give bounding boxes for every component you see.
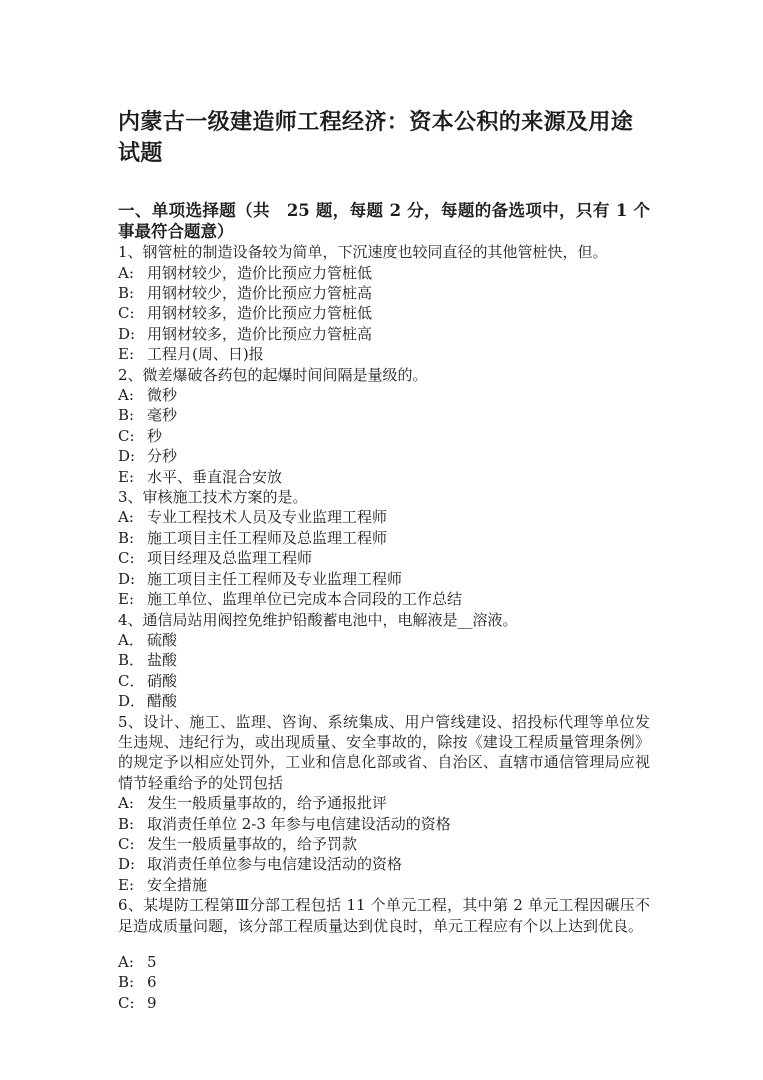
option-text: 秒 xyxy=(147,426,650,446)
question-6-option-c: C: 9 xyxy=(118,993,650,1013)
option-label: D． xyxy=(118,691,147,711)
option-text: 6 xyxy=(147,972,650,992)
option-text: 发生一般质量事故的，给予罚款 xyxy=(147,834,650,854)
page-title: 内蒙古一级建造师工程经济：资本公积的来源及用途试题 xyxy=(118,107,650,169)
question-1-option-d: D: 用钢材较多，造价比预应力管桩高 xyxy=(118,324,650,344)
option-label: E: xyxy=(118,589,147,609)
question-4-option-d: D． 醋酸 xyxy=(118,691,650,711)
question-3-option-b: B: 施工项目主任工程师及总监理工程师 xyxy=(118,528,650,548)
question-3-option-a: A: 专业工程技术人员及专业监理工程师 xyxy=(118,507,650,527)
question-6-stem: 6、某堤防工程第Ⅲ分部工程包括 11 个单元工程，其中第 2 单元工程因碾压不足… xyxy=(118,895,650,936)
option-text: 盐酸 xyxy=(147,650,650,670)
option-label: A: xyxy=(118,793,147,813)
option-label: C: xyxy=(118,426,147,446)
option-text: 分秒 xyxy=(147,446,650,466)
option-text: 施工项目主任工程师及专业监理工程师 xyxy=(147,569,650,589)
question-2-option-b: B: 毫秒 xyxy=(118,405,650,425)
option-text: 工程月(周、日)报 xyxy=(147,344,650,364)
option-label: C: xyxy=(118,548,147,568)
question-1-stem: 1、钢管桩的制造设备较为简单，下沉速度也较同直径的其他管桩快，但。 xyxy=(118,242,650,262)
option-label: E: xyxy=(118,467,147,487)
option-label: C: xyxy=(118,834,147,854)
option-text: 取消责任单位 2-3 年参与电信建设活动的资格 xyxy=(147,814,650,834)
question-4-option-a: A． 硫酸 xyxy=(118,630,650,650)
option-text: 用钢材较少，造价比预应力管桩低 xyxy=(147,263,650,283)
option-text: 用钢材较少，造价比预应力管桩高 xyxy=(147,283,650,303)
question-5: 5、设计、施工、监理、咨询、系统集成、用户管线建设、招投标代理等单位发生违规、违… xyxy=(118,712,650,896)
section-heading: 一、单项选择题（共 25 题，每题 2 分，每题的备选项中，只有 1 个事最符合… xyxy=(118,201,650,242)
question-6-option-a: A: 5 xyxy=(118,952,650,972)
question-2: 2、微差爆破各药包的起爆时间间隔是量级的。 A: 微秒 B: 毫秒 C: 秒 D… xyxy=(118,365,650,487)
question-5-option-a: A: 发生一般质量事故的，给予通报批评 xyxy=(118,793,650,813)
question-5-option-b: B: 取消责任单位 2-3 年参与电信建设活动的资格 xyxy=(118,814,650,834)
question-2-stem: 2、微差爆破各药包的起爆时间间隔是量级的。 xyxy=(118,365,650,385)
option-text: 醋酸 xyxy=(147,691,650,711)
option-text: 施工单位、监理单位已完成本合同段的工作总结 xyxy=(147,589,650,609)
option-label: D: xyxy=(118,569,147,589)
option-text: 硝酸 xyxy=(147,671,650,691)
question-2-option-d: D: 分秒 xyxy=(118,446,650,466)
question-2-option-c: C: 秒 xyxy=(118,426,650,446)
option-label: B． xyxy=(118,650,147,670)
option-label: D: xyxy=(118,446,147,466)
option-label: A: xyxy=(118,507,147,527)
option-label: A． xyxy=(118,630,147,650)
option-label: A: xyxy=(118,385,147,405)
question-1-option-c: C: 用钢材较多，造价比预应力管桩低 xyxy=(118,303,650,323)
question-5-option-d: D: 取消责任单位参与电信建设活动的资格 xyxy=(118,854,650,874)
question-3-stem: 3、审核施工技术方案的是。 xyxy=(118,487,650,507)
option-label: B: xyxy=(118,814,147,834)
question-4-stem: 4、通信局站用阀控免维护铅酸蓄电池中，电解液是__溶液。 xyxy=(118,610,650,630)
question-5-option-c: C: 发生一般质量事故的，给予罚款 xyxy=(118,834,650,854)
question-3: 3、审核施工技术方案的是。 A: 专业工程技术人员及专业监理工程师 B: 施工项… xyxy=(118,487,650,609)
option-label: C: xyxy=(118,303,147,323)
question-1-option-e: E: 工程月(周、日)报 xyxy=(118,344,650,364)
question-5-option-e: E: 安全措施 xyxy=(118,875,650,895)
option-label: E: xyxy=(118,875,147,895)
option-text: 项目经理及总监理工程师 xyxy=(147,548,650,568)
document-page: 内蒙古一级建造师工程经济：资本公积的来源及用途试题 一、单项选择题（共 25 题… xyxy=(0,0,763,1080)
option-text: 水平、垂直混合安放 xyxy=(147,467,650,487)
question-4: 4、通信局站用阀控免维护铅酸蓄电池中，电解液是__溶液。 A． 硫酸 B． 盐酸… xyxy=(118,610,650,712)
option-text: 微秒 xyxy=(147,385,650,405)
option-text: 安全措施 xyxy=(147,875,650,895)
question-3-option-e: E: 施工单位、监理单位已完成本合同段的工作总结 xyxy=(118,589,650,609)
option-label: B: xyxy=(118,283,147,303)
question-1-option-a: A: 用钢材较少，造价比预应力管桩低 xyxy=(118,263,650,283)
option-label: C． xyxy=(118,671,147,691)
document-content: 内蒙古一级建造师工程经济：资本公积的来源及用途试题 一、单项选择题（共 25 题… xyxy=(0,0,763,1013)
option-label: C: xyxy=(118,993,147,1013)
question-4-option-c: C． 硝酸 xyxy=(118,671,650,691)
option-text: 9 xyxy=(147,993,650,1013)
question-6: 6、某堤防工程第Ⅲ分部工程包括 11 个单元工程，其中第 2 单元工程因碾压不足… xyxy=(118,895,650,1013)
option-label: E: xyxy=(118,344,147,364)
option-text: 发生一般质量事故的，给予通报批评 xyxy=(147,793,650,813)
option-label: D: xyxy=(118,324,147,344)
question-6-options: A: 5 B: 6 C: 9 xyxy=(118,952,650,1013)
question-6-option-b: B: 6 xyxy=(118,972,650,992)
question-3-option-c: C: 项目经理及总监理工程师 xyxy=(118,548,650,568)
option-label: B: xyxy=(118,528,147,548)
option-text: 用钢材较多，造价比预应力管桩高 xyxy=(147,324,650,344)
question-1-option-b: B: 用钢材较少，造价比预应力管桩高 xyxy=(118,283,650,303)
question-2-option-a: A: 微秒 xyxy=(118,385,650,405)
question-1: 1、钢管桩的制造设备较为简单，下沉速度也较同直径的其他管桩快，但。 A: 用钢材… xyxy=(118,242,650,364)
question-4-option-b: B． 盐酸 xyxy=(118,650,650,670)
option-text: 毫秒 xyxy=(147,405,650,425)
option-label: A: xyxy=(118,952,147,972)
option-text: 5 xyxy=(147,952,650,972)
question-2-option-e: E: 水平、垂直混合安放 xyxy=(118,467,650,487)
option-label: A: xyxy=(118,263,147,283)
option-text: 施工项目主任工程师及总监理工程师 xyxy=(147,528,650,548)
option-label: D: xyxy=(118,854,147,874)
option-text: 专业工程技术人员及专业监理工程师 xyxy=(147,507,650,527)
option-text: 用钢材较多，造价比预应力管桩低 xyxy=(147,303,650,323)
option-label: B: xyxy=(118,405,147,425)
option-label: B: xyxy=(118,972,147,992)
question-5-stem: 5、设计、施工、监理、咨询、系统集成、用户管线建设、招投标代理等单位发生违规、违… xyxy=(118,712,650,794)
option-text: 取消责任单位参与电信建设活动的资格 xyxy=(147,854,650,874)
question-3-option-d: D: 施工项目主任工程师及专业监理工程师 xyxy=(118,569,650,589)
option-text: 硫酸 xyxy=(147,630,650,650)
